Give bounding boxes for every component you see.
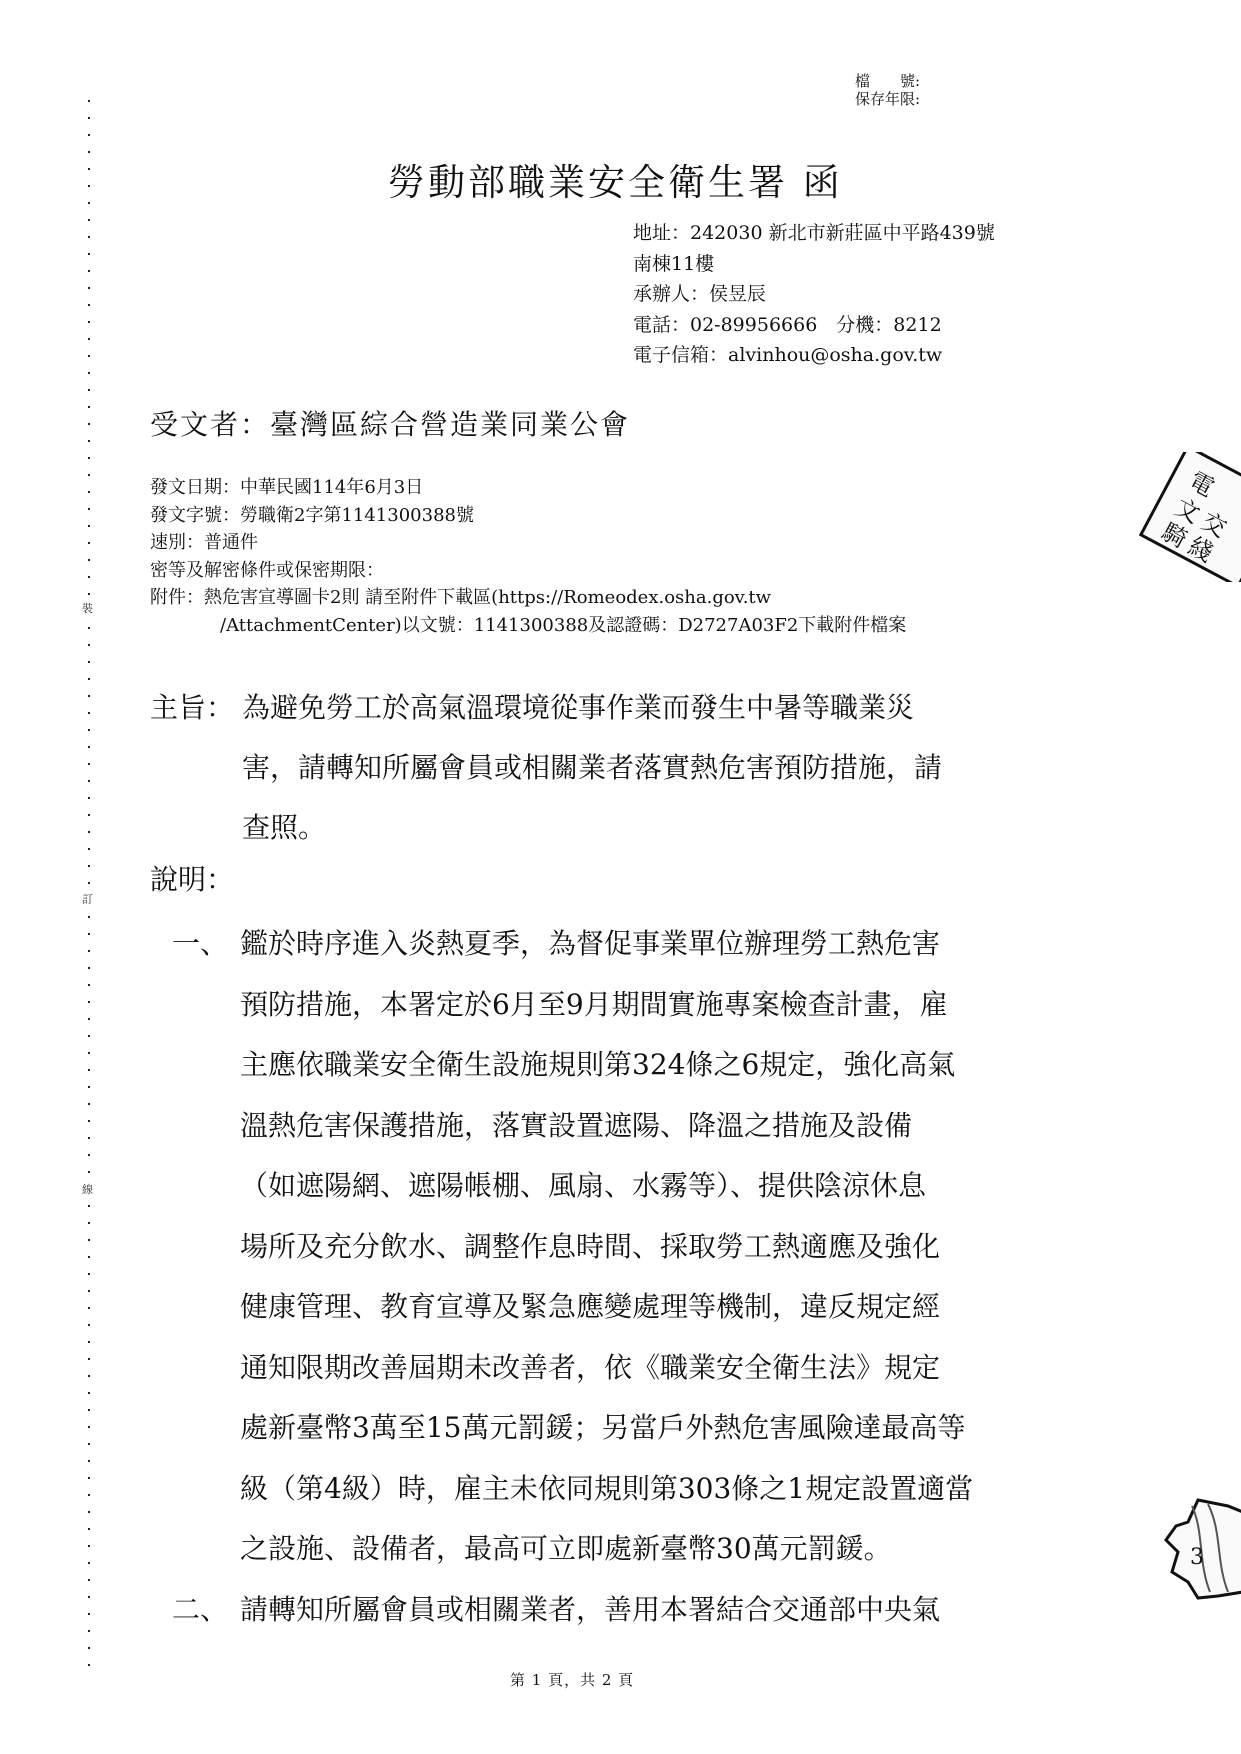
item-line: 之設施、設備者，最高可立即處新臺幣30萬元罰鍰。 bbox=[172, 1519, 973, 1580]
subject-line-1: 為避免勞工於高氣溫環境從事作業而發生中暑等職業災 bbox=[242, 691, 914, 724]
item-line: 請轉知所屬會員或相關業者，善用本署結合交通部中央氣 bbox=[240, 1593, 940, 1626]
item-line: 主應依職業安全衛生設施規則第324條之6規定，強化高氣 bbox=[172, 1035, 973, 1096]
gear-seal-icon: 3 bbox=[1158, 1492, 1241, 1602]
confidentiality: 密等及解密條件或保密期限： bbox=[150, 557, 906, 585]
subject-line-3: 查照。 bbox=[150, 798, 942, 858]
description-section: 一、鑑於時序進入炎熱夏季，為督促事業單位辦理勞工熱危害 預防措施，本署定於6月至… bbox=[172, 914, 973, 1640]
item-line: 溫熱危害保護措施，落實設置遮陽、降溫之措施及設備 bbox=[172, 1096, 973, 1157]
document-title: 勞動部職業安全衛生署 函 bbox=[388, 152, 843, 206]
e-exchange-seal-stamp: 電 文 騎 交 綫 bbox=[1132, 452, 1241, 582]
contact-block: 地址：242030 新北市新莊區中平路439號 南棟11樓 承辦人：侯昱辰 電話… bbox=[633, 218, 995, 371]
item-number: 一、 bbox=[172, 914, 240, 975]
item-line: 場所及充分飲水、調整作息時間、採取勞工熱適應及強化 bbox=[172, 1217, 973, 1278]
item-line: 鑑於時序進入炎熱夏季，為督促事業單位辦理勞工熱危害 bbox=[240, 927, 940, 960]
seal-stamp-icon: 電 文 騎 交 綫 bbox=[1132, 452, 1241, 582]
file-info: 檔 號: 保存年限: bbox=[855, 72, 920, 108]
item-line: 級（第4級）時，雇主未依同規則第303條之1規定設置適當 bbox=[172, 1459, 973, 1520]
attachment-line-2[interactable]: /AttachmentCenter)以文號：1141300388及認證碼：D27… bbox=[150, 612, 906, 640]
page-indicator: 第 1 頁，共 2 頁 bbox=[510, 1669, 634, 1690]
email[interactable]: 電子信箱：alvinhou@osha.gov.tw bbox=[633, 340, 995, 371]
attachment-line-1[interactable]: 附件：熱危害宣導圖卡2則 請至附件下載區(https://Romeodex.os… bbox=[150, 584, 906, 612]
numbered-gear-stamp: 3 bbox=[1158, 1492, 1241, 1602]
description-label: 說明： bbox=[150, 858, 234, 898]
subject-label: 主旨： bbox=[150, 678, 242, 738]
description-item-2: 二、請轉知所屬會員或相關業者，善用本署結合交通部中央氣 bbox=[172, 1580, 973, 1641]
subject-line-2: 害，請轉知所屬會員或相關業者落實熱危害預防措施，請 bbox=[150, 738, 942, 798]
subject-section: 主旨：為避免勞工於高氣溫環境從事作業而發生中暑等職業災 害，請轉知所屬會員或相關… bbox=[150, 678, 942, 858]
stamp-number: 3 bbox=[1190, 1545, 1204, 1570]
file-number-label: 檔 號: bbox=[855, 72, 920, 90]
urgency: 速別：普通件 bbox=[150, 529, 906, 557]
issue-date: 發文日期：中華民國114年6月3日 bbox=[150, 474, 906, 502]
binding-label-xian: 線 bbox=[82, 1183, 93, 1197]
item-line: 預防措施，本署定於6月至9月期間實施專案檢查計畫，雇 bbox=[172, 975, 973, 1036]
item-line: 健康管理、教育宣導及緊急應變處理等機制，違反規定經 bbox=[172, 1277, 973, 1338]
meta-block: 發文日期：中華民國114年6月3日 發文字號：勞職衛2字第1141300388號… bbox=[150, 474, 906, 639]
binding-label-zhuang: 裝 bbox=[82, 602, 93, 616]
phone: 電話：02-89956666 分機：8212 bbox=[633, 310, 995, 341]
recipient: 受文者：臺灣區綜合營造業同業公會 bbox=[150, 403, 630, 443]
document-number: 發文字號：勞職衛2字第1141300388號 bbox=[150, 502, 906, 530]
item-line: 通知限期改善屆期未改善者，依《職業安全衛生法》規定 bbox=[172, 1338, 973, 1399]
binding-label-ding: 訂 bbox=[82, 893, 93, 907]
address-line-2: 南棟11樓 bbox=[633, 249, 995, 280]
address-line-1: 地址：242030 新北市新莊區中平路439號 bbox=[633, 218, 995, 249]
retention-label: 保存年限: bbox=[855, 90, 920, 108]
item-line: （如遮陽網、遮陽帳棚、風扇、水霧等）、提供陰涼休息 bbox=[172, 1156, 973, 1217]
handler: 承辦人：侯昱辰 bbox=[633, 279, 995, 310]
item-number: 二、 bbox=[172, 1580, 240, 1641]
description-item-1: 一、鑑於時序進入炎熱夏季，為督促事業單位辦理勞工熱危害 預防措施，本署定於6月至… bbox=[172, 914, 973, 1580]
binding-line bbox=[88, 100, 92, 1670]
item-line: 處新臺幣3萬至15萬元罰鍰；另當戶外熱危害風險達最高等 bbox=[172, 1398, 973, 1459]
